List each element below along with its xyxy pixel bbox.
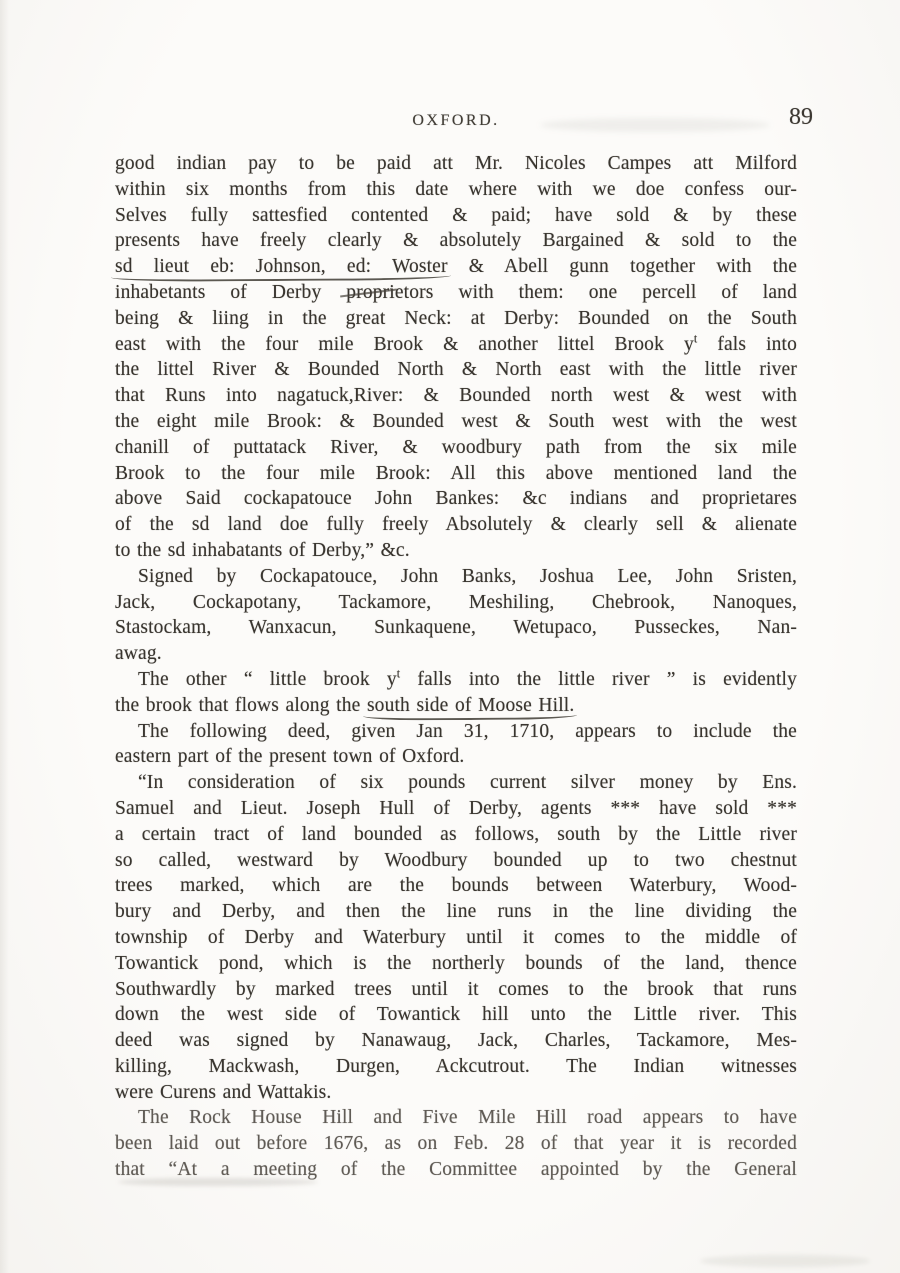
text-line: a certain tract of land bounded as follo… [115, 822, 797, 848]
text-line: been laid out before 1676, as on Feb. 28… [115, 1131, 797, 1157]
text-line: down the west side of Towantick hill unt… [115, 1002, 797, 1028]
text-line: the eight mile Brook: & Bounded west & S… [115, 409, 797, 435]
text-line: the brook that flows along the south sid… [115, 693, 797, 719]
text-line: eastern part of the present town of Oxfo… [115, 744, 797, 770]
text-line: that Runs into nagatuck,River: & Bounded… [115, 383, 797, 409]
text-line: Samuel and Lieut. Joseph Hull of Derby, … [115, 796, 797, 822]
text-line: awag. [115, 641, 797, 667]
scan-smudge [540, 118, 770, 132]
text-line: trees marked, which are the bounds betwe… [115, 873, 797, 899]
text-line: of the sd land doe fully freely Absolute… [115, 512, 797, 538]
text-line: Southwardly by marked trees until it com… [115, 977, 797, 1003]
text-line: within six months from this date where w… [115, 177, 797, 203]
text-line: Signed by Cockapatouce, John Banks, Josh… [115, 564, 797, 590]
scanned-book-page: OXFORD. 89 good indian pay to be paid at… [0, 0, 900, 1273]
text-line: Brook to the four mile Brook: All this a… [115, 461, 797, 487]
text-line: The Rock House Hill and Five Mile Hill r… [115, 1105, 797, 1131]
page-body: good indian pay to be paid att Mr. Nicol… [115, 151, 797, 1183]
text-line: the littel River & Bounded North & North… [115, 357, 797, 383]
scan-smudge [118, 1178, 318, 1186]
text-line: were Curens and Wattakis. [115, 1080, 797, 1106]
text-line: chanill of puttatack River, & woodbury p… [115, 435, 797, 461]
text-line: The following deed, given Jan 31, 1710, … [115, 719, 797, 745]
text-line: to the sd inhabatants of Derby,” &c. [115, 538, 797, 564]
text-line: sd lieut eb: Johnson, ed: Woster & Abell… [115, 254, 797, 280]
text-line: township of Derby and Waterbury until it… [115, 925, 797, 951]
text-line: Jack, Cockapotany, Tackamore, Meshiling,… [115, 590, 797, 616]
text-line: presents have freely clearly & absolutel… [115, 228, 797, 254]
text-line: The other “ little brook yt falls into t… [115, 667, 797, 693]
text-line: deed was signed by Nanawaug, Jack, Charl… [115, 1028, 797, 1054]
text-line: being & liing in the great Neck: at Derb… [115, 306, 797, 332]
text-line: Selves fully sattesfied contented & paid… [115, 203, 797, 229]
scan-smudge [700, 1255, 870, 1267]
page-number: 89 [789, 104, 813, 131]
text-line: “In consideration of six pounds current … [115, 770, 797, 796]
text-line: east with the four mile Brook & another … [115, 332, 797, 358]
text-line: above Said cockapatouce John Bankes: &c … [115, 486, 797, 512]
text-line: bury and Derby, and then the line runs i… [115, 899, 797, 925]
text-line: Towantick pond, which is the northerly b… [115, 951, 797, 977]
text-line: so called, westward by Woodbury bounded … [115, 848, 797, 874]
text-line: good indian pay to be paid att Mr. Nicol… [115, 151, 797, 177]
text-line: killing, Mackwash, Durgen, Ackcutrout. T… [115, 1054, 797, 1080]
text-line: inhabetants of Derby proprietors with th… [115, 280, 797, 306]
text-line: Stastockam, Wanxacun, Sunkaquene, Wetupa… [115, 615, 797, 641]
